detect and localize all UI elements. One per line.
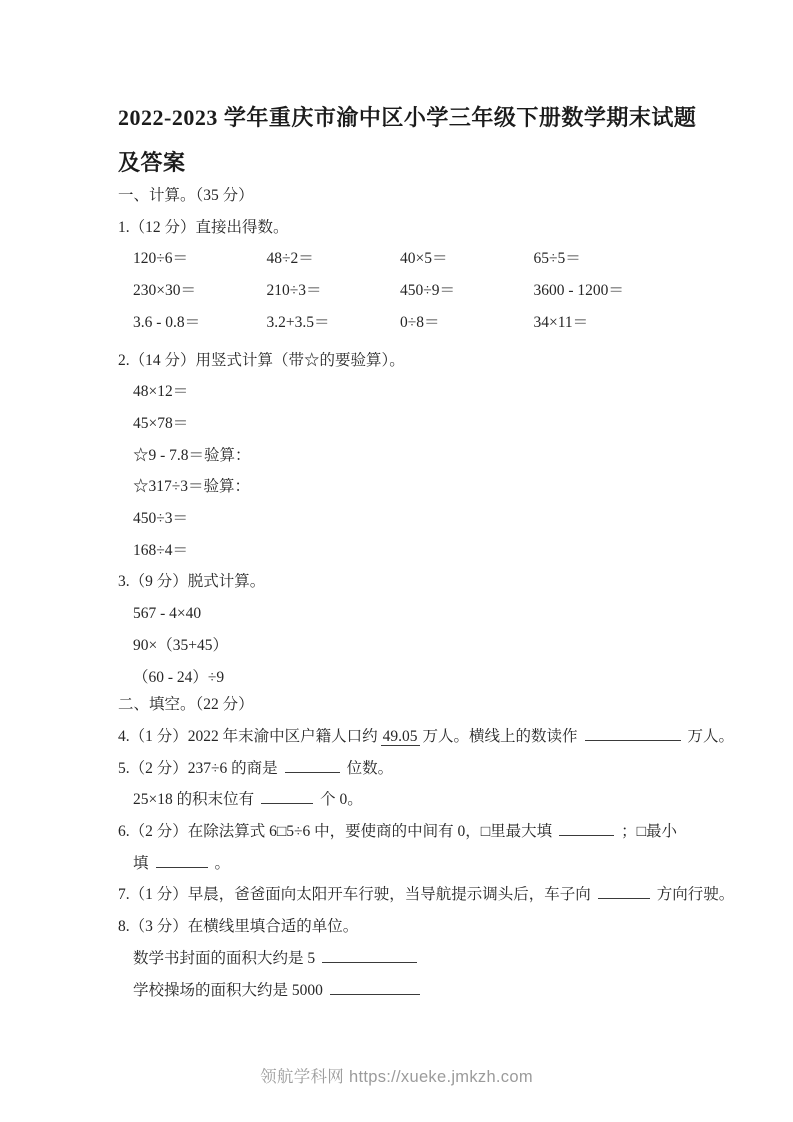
math-expression: 90×（35+45）	[118, 630, 696, 662]
answer-blank	[559, 820, 614, 836]
math-expression: 3.2+3.5＝	[267, 307, 401, 339]
math-expression: 40×5＝	[400, 243, 534, 275]
math-expression: 45×78＝	[118, 408, 696, 440]
math-expression: 210÷3＝	[267, 275, 401, 307]
question-4-text: 万人。横线上的数读作	[423, 728, 578, 745]
answer-blank	[598, 884, 650, 900]
math-expression: ☆9 - 7.8＝验算：	[118, 440, 696, 472]
page-title: 2022-2023 学年重庆市渝中区小学三年级下册数学期末试题 及答案	[118, 95, 696, 185]
answer-blank	[156, 852, 208, 868]
q1-row-2: 230×30＝ 210÷3＝ 450÷9＝ 3600 - 1200＝	[118, 275, 696, 307]
question-1-label: 1.（12 分）直接出得数。	[118, 212, 696, 244]
answer-blank	[585, 725, 681, 741]
question-8-text: 学校操场的面积大约是 5000	[133, 982, 323, 999]
question-6-text: ；□最小	[621, 823, 677, 840]
question-5-text: 5.（2 分）237÷6 的商是	[118, 760, 278, 777]
section-one-heading: 一、计算。（35 分）	[118, 180, 696, 212]
question-4-text: 4.（1 分）2022 年末渝中区户籍人口约	[118, 728, 378, 745]
question-8-text: 数学书封面的面积大约是 5	[133, 950, 315, 967]
underlined-value: 49.05	[381, 728, 420, 746]
question-8-line-3: 学校操场的面积大约是 5000	[118, 975, 696, 1007]
math-expression: 230×30＝	[133, 275, 267, 307]
question-8-line-2: 数学书封面的面积大约是 5	[118, 943, 696, 975]
page-title-line-2: 及答案	[118, 140, 696, 185]
answer-blank	[285, 757, 340, 773]
math-expression: ☆317÷3＝验算：	[118, 471, 696, 503]
math-expression: 450÷3＝	[118, 503, 696, 535]
question-5-text: 位数。	[347, 760, 394, 777]
math-expression: 120÷6＝	[133, 243, 267, 275]
page-title-line-1: 2022-2023 学年重庆市渝中区小学三年级下册数学期末试题	[118, 95, 696, 140]
question-6-text: 。	[215, 855, 231, 872]
question-3-label: 3.（9 分）脱式计算。	[118, 566, 696, 598]
exam-document: 2022-2023 学年重庆市渝中区小学三年级下册数学期末试题 及答案 一、计算…	[118, 0, 696, 1006]
footer-url-link[interactable]: https://xueke.jmkzh.com	[349, 1068, 533, 1086]
footer-watermark: 领航学科网 https://xueke.jmkzh.com	[0, 1066, 793, 1088]
answer-blank	[330, 979, 420, 995]
q1-row-3: 3.6 - 0.8＝ 3.2+3.5＝ 0÷8＝ 34×11＝	[118, 307, 696, 339]
question-8-label: 8.（3 分）在横线里填合适的单位。	[118, 911, 696, 943]
math-expression: 48×12＝	[118, 376, 696, 408]
answer-blank	[261, 789, 313, 805]
question-2-label: 2.（14 分）用竖式计算（带☆的要验算）。	[118, 345, 696, 377]
math-expression: 34×11＝	[534, 307, 697, 339]
question-5-line-1: 5.（2 分）237÷6 的商是位数。	[118, 753, 696, 785]
math-expression: 567 - 4×40	[118, 598, 696, 630]
answer-blank	[322, 947, 417, 963]
question-7: 7.（1 分）早晨，爸爸面向太阳开车行驶，当导航提示调头后，车子向方向行驶。	[118, 879, 696, 911]
math-expression: 168÷4＝	[118, 535, 696, 567]
math-expression: 3.6 - 0.8＝	[133, 307, 267, 339]
question-7-text: 方向行驶。	[657, 886, 735, 903]
math-expression: 65÷5＝	[534, 243, 697, 275]
question-6-line-2: 填。	[118, 848, 696, 880]
math-expression: 450÷9＝	[400, 275, 534, 307]
question-5-line-2: 25×18 的积末位有个 0。	[118, 784, 696, 816]
math-expression: 48÷2＝	[267, 243, 401, 275]
section-two-heading: 二、填空。（22 分）	[118, 689, 696, 721]
question-4-text: 万人。	[688, 728, 735, 745]
math-expression: 0÷8＝	[400, 307, 534, 339]
question-6-text: 填	[133, 855, 149, 872]
question-6-text: 6.（2 分）在除法算式 6□5÷6 中，要使商的中间有 0，□里最大填	[118, 823, 552, 840]
question-7-text: 7.（1 分）早晨，爸爸面向太阳开车行驶，当导航提示调头后，车子向	[118, 886, 591, 903]
question-5-text: 个 0。	[320, 791, 363, 808]
footer-site-name: 领航学科网	[260, 1068, 344, 1086]
math-expression: 3600 - 1200＝	[534, 275, 697, 307]
question-5-text: 25×18 的积末位有	[133, 791, 254, 808]
question-6-line-1: 6.（2 分）在除法算式 6□5÷6 中，要使商的中间有 0，□里最大填；□最小	[118, 816, 696, 848]
question-4: 4.（1 分）2022 年末渝中区户籍人口约49.05万人。横线上的数读作万人。	[118, 721, 696, 753]
q1-row-1: 120÷6＝ 48÷2＝ 40×5＝ 65÷5＝	[118, 243, 696, 275]
